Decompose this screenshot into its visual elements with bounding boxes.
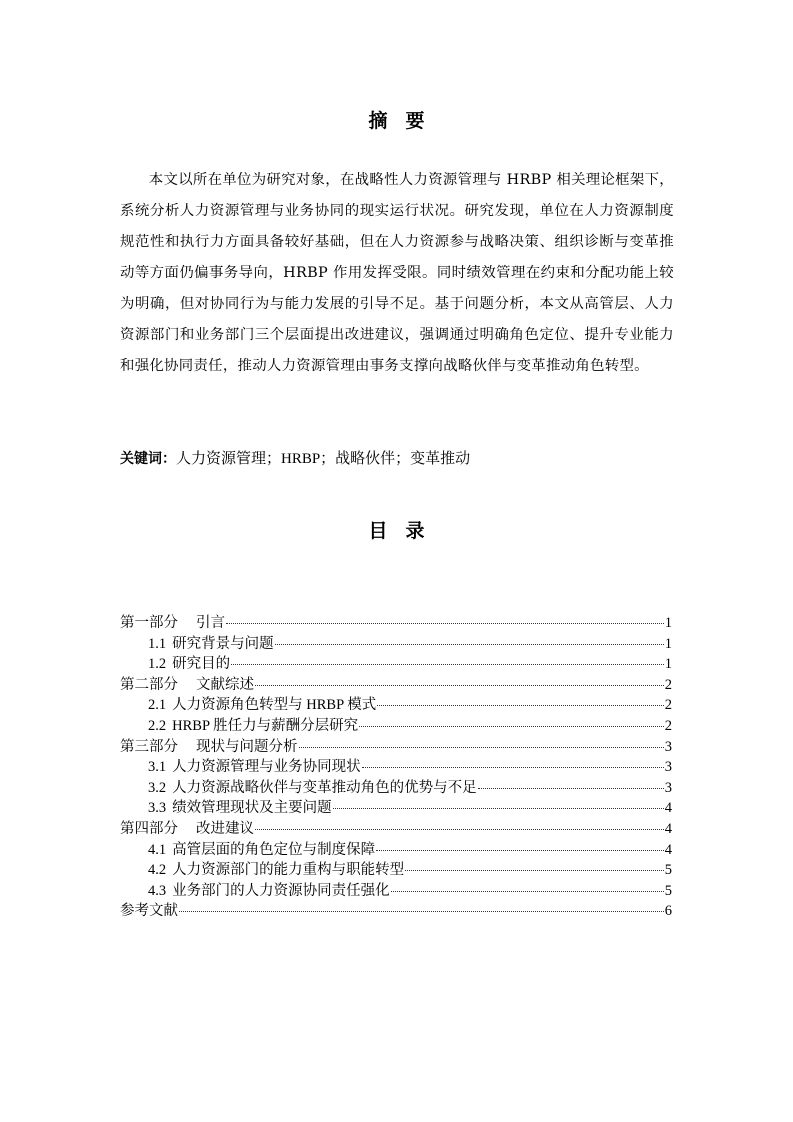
keywords-line: 关键词：人力资源管理；HRBP；战略伙伴；变革推动 bbox=[120, 448, 470, 470]
keywords-value: 人力资源管理；HRBP；战略伙伴；变革推动 bbox=[176, 451, 470, 467]
toc-page-number: 3 bbox=[665, 737, 672, 758]
toc-page-number: 2 bbox=[665, 675, 672, 696]
toc-section-number: 1.2 bbox=[148, 654, 166, 675]
toc-part-label: 第二部分 bbox=[120, 675, 178, 696]
toc-title: 目录 bbox=[0, 516, 793, 543]
toc-page-number: 1 bbox=[665, 654, 672, 675]
toc-entry-title: 研究目的 bbox=[172, 654, 230, 675]
dot-leader bbox=[377, 691, 664, 706]
dot-leader bbox=[376, 836, 664, 851]
toc-page-number: 3 bbox=[665, 757, 672, 778]
toc-entry[interactable]: 参考文献6 bbox=[120, 900, 672, 921]
toc-page-number: 4 bbox=[665, 798, 672, 819]
toc-section-number: 4.2 bbox=[148, 860, 166, 881]
toc-section-number: 2.1 bbox=[148, 695, 166, 716]
toc-title-char-2: 录 bbox=[406, 520, 425, 542]
dot-leader bbox=[179, 897, 664, 912]
toc-part-label: 第一部分 bbox=[120, 613, 178, 634]
toc-section-number: 4.3 bbox=[148, 881, 166, 902]
dot-leader bbox=[405, 856, 664, 871]
dot-leader bbox=[275, 630, 664, 645]
document-page: 摘要 本文以所在单位为研究对象，在战略性人力资源管理与 HRBP 相关理论框架下… bbox=[0, 0, 793, 1122]
toc-part-label: 第三部分 bbox=[120, 737, 178, 758]
toc-section-number: 1.1 bbox=[148, 634, 166, 655]
toc-page-number: 4 bbox=[665, 819, 672, 840]
table-of-contents: 第一部分引言1 1.1研究背景与问题1 1.2研究目的1 第二部分文献综述2 2… bbox=[120, 612, 672, 921]
toc-section-number: 3.3 bbox=[148, 798, 166, 819]
toc-page-number: 1 bbox=[665, 613, 672, 634]
dot-leader bbox=[255, 815, 664, 830]
abstract-title-char-1: 摘 bbox=[368, 110, 387, 132]
dot-leader bbox=[226, 609, 664, 624]
dot-leader bbox=[231, 650, 664, 665]
toc-page-number: 3 bbox=[665, 778, 672, 799]
toc-title-char-1: 目 bbox=[368, 520, 387, 542]
dot-leader bbox=[333, 794, 664, 809]
toc-entry-title: 引言 bbox=[196, 613, 225, 634]
toc-entry-title: 现状与问题分析 bbox=[196, 737, 298, 758]
toc-page-number: 5 bbox=[665, 860, 672, 881]
toc-page-number: 5 bbox=[665, 881, 672, 902]
toc-section-number: 3.1 bbox=[148, 757, 166, 778]
toc-entry-title: 人力资源角色转型与 HRBP 模式 bbox=[172, 695, 376, 716]
toc-page-number: 1 bbox=[665, 634, 672, 655]
toc-entry-title: 改进建议 bbox=[196, 819, 254, 840]
toc-entry-title: 参考文献 bbox=[120, 901, 178, 922]
toc-page-number: 2 bbox=[665, 695, 672, 716]
dot-leader bbox=[359, 712, 664, 727]
toc-section-number: 4.1 bbox=[148, 840, 166, 861]
toc-entry-title: 文献综述 bbox=[196, 675, 254, 696]
abstract-title-char-2: 要 bbox=[406, 110, 425, 132]
toc-entry-title: 人力资源部门的能力重构与职能转型 bbox=[172, 860, 404, 881]
dot-leader bbox=[478, 774, 664, 789]
abstract-title: 摘要 bbox=[0, 106, 793, 133]
toc-page-number: 6 bbox=[665, 901, 672, 922]
dot-leader bbox=[255, 671, 664, 686]
toc-part-label: 第四部分 bbox=[120, 819, 178, 840]
toc-page-number: 2 bbox=[665, 716, 672, 737]
toc-page-number: 4 bbox=[665, 840, 672, 861]
toc-entry-title: 人力资源管理与业务协同现状 bbox=[172, 757, 361, 778]
dot-leader bbox=[391, 877, 664, 892]
dot-leader bbox=[299, 733, 664, 748]
toc-entry-title: 高管层面的角色定位与制度保障 bbox=[172, 840, 375, 861]
toc-section-number: 2.2 bbox=[148, 716, 166, 737]
abstract-body: 本文以所在单位为研究对象，在战略性人力资源管理与 HRBP 相关理论框架下，系统… bbox=[120, 165, 674, 382]
keywords-label: 关键词： bbox=[120, 451, 176, 467]
toc-section-number: 3.2 bbox=[148, 778, 166, 799]
dot-leader bbox=[362, 753, 664, 768]
